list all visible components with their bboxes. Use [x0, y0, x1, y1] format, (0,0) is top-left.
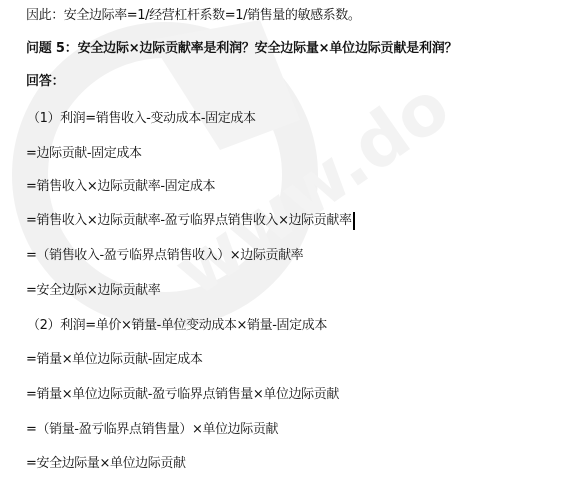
formula-line-9: =销量×单位边际贡献-盈亏临界点销售量×单位边际贡献 — [26, 386, 339, 404]
text-cursor — [353, 212, 355, 230]
formula-line-3: =销售收入×边际贡献率-固定成本 — [26, 178, 215, 196]
formula-line-11: =安全边际量×单位边际贡献 — [26, 455, 186, 473]
formula-line-5: =（销售收入-盈亏临界点销售收入）×边际贡献率 — [26, 247, 303, 265]
formula-line-10: =（销量-盈亏临界点销售量）×单位边际贡献 — [26, 421, 278, 439]
document-body[interactable]: 因此：安全边际率=1/经营杠杆系数=1/销售量的敏感系数。 问题 5：安全边际×… — [0, 0, 564, 484]
answer-heading: 回答： — [26, 73, 64, 91]
formula-line-6: =安全边际×边际贡献率 — [26, 282, 160, 300]
formula-line-2: =边际贡献-固定成本 — [26, 145, 142, 163]
conclusion-line: 因此：安全边际率=1/经营杠杆系数=1/销售量的敏感系数。 — [26, 7, 361, 25]
formula-line-7: （2）利润=单价×销量-单位变动成本×销量-固定成本 — [27, 317, 327, 335]
formula-line-8: =销量×单位边际贡献-固定成本 — [26, 351, 202, 369]
formula-line-1: （1）利润=销售收入-变动成本-固定成本 — [27, 110, 256, 128]
formula-line-4: =销售收入×边际贡献率-盈亏临界点销售收入×边际贡献率 — [26, 213, 352, 228]
question-heading: 问题 5：安全边际×边际贡献率是利润？安全边际量×单位边际贡献是利润？ — [26, 40, 457, 58]
formula-line-4-with-cursor: =销售收入×边际贡献率-盈亏临界点销售收入×边际贡献率 — [26, 212, 355, 230]
